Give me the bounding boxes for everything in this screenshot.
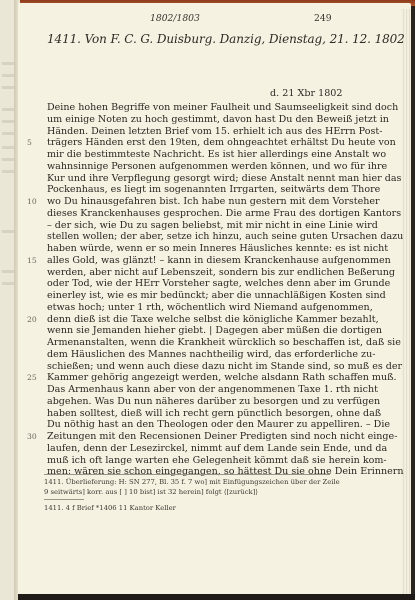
- ghost-text: [2, 230, 14, 233]
- text-line: Armenanstalten, wenn die Krankheit würck…: [47, 337, 331, 349]
- line-number: 25: [27, 373, 37, 382]
- apparatus-rule: [44, 474, 330, 475]
- text-line: muß ich oft lange warten ehe Gelegenheit…: [47, 455, 331, 467]
- ghost-text: [2, 158, 14, 161]
- text-line: oder Tod, wie der HErr Vorsteher sagte, …: [47, 278, 331, 290]
- line-number: 15: [27, 256, 37, 265]
- book-cover-edge-bottom: [18, 594, 415, 600]
- text-line: mir die bestimmteste Nachricht. Es ist h…: [47, 149, 331, 161]
- text-line: dem Häuslichen des Mannes nachtheilig wi…: [47, 349, 331, 361]
- text-line: einerley ist, wie es mir bedünckt; aber …: [47, 290, 331, 302]
- letter-title: 1411. Von F. C. G. Duisburg. Danzig, Die…: [47, 32, 405, 46]
- ghost-text: [2, 170, 14, 173]
- ghost-text: [2, 270, 14, 273]
- text-line: denn dieß ist die Taxe welche selbst die…: [47, 314, 331, 326]
- text-line: um einige Noten zu hoch gestimmt, davon …: [47, 114, 331, 126]
- textual-apparatus-line-2: 9 seitwärts] korr. aus [ ] 10 bist] ist …: [44, 488, 258, 496]
- text-line: wenn sie Jemanden hieher giebt. | Dagege…: [47, 325, 331, 337]
- line-number: 20: [27, 315, 37, 324]
- text-line: men; wären sie schon eingegangen, so hät…: [47, 466, 331, 478]
- text-line: Deine hohen Begriffe von meiner Faulheit…: [47, 102, 331, 114]
- text-line: Zeitungen mit den Recensionen Deiner Pre…: [47, 431, 331, 443]
- text-line: wo Du hinausgefahren bist. Ich habe nun …: [47, 196, 331, 208]
- text-line: Händen. Deinen letzten Brief vom 15. erh…: [47, 126, 331, 138]
- text-line: – der sich, wie Du zu sagen beliebst, mi…: [47, 220, 331, 232]
- text-line: trägers Händen erst den 19ten, dem ohnge…: [47, 137, 331, 149]
- running-head: 1802/1803: [150, 13, 200, 24]
- ghost-text: [2, 108, 14, 111]
- line-number: 5: [27, 138, 32, 147]
- ghost-text: [2, 132, 14, 135]
- text-line: werden, aber nicht auf Lebenszeit, sonde…: [47, 267, 331, 279]
- page-number: 249: [314, 13, 332, 24]
- text-line: Pockenhaus, es liegt im sogenannten Irrg…: [47, 184, 331, 196]
- text-line: stellen wollen; der aber, setze ich hinz…: [47, 231, 331, 243]
- ghost-text: [2, 146, 14, 149]
- text-line: Kammer gehörig angezeigt werden, welche …: [47, 372, 331, 384]
- text-line: haben würde, wenn er so mein Inneres Häu…: [47, 243, 331, 255]
- text-line: haben solltest, dieß will ich recht gern…: [47, 408, 331, 420]
- ghost-text: [2, 282, 14, 285]
- text-line: Kur und ihre Verpflegung gesorgt wird; d…: [47, 173, 331, 185]
- text-line: abgehen. Was Du nun näheres darüber zu b…: [47, 396, 331, 408]
- ghost-text: [2, 120, 14, 123]
- textual-apparatus-line-1: 1411. Überlieferung: H: SN 277, Bl. 35 f…: [44, 478, 340, 486]
- letter-dateline: d. 21 Xbr 1802: [270, 88, 343, 99]
- ghost-text: [2, 62, 14, 65]
- line-number: 30: [27, 432, 37, 441]
- text-line: alles Gold, was glänzt! – kann in diesem…: [47, 255, 331, 267]
- text-line: Das Armenhaus kann aber von der angenomm…: [47, 384, 331, 396]
- commentary-line: 1411. 4 f Brief *1406 11 Kantor Keller: [44, 504, 176, 512]
- text-line: etwas hoch; unter 1 rth, wöchentlich wir…: [47, 302, 331, 314]
- ghost-text: [2, 86, 14, 89]
- line-number: 10: [27, 197, 37, 206]
- text-line: laufen, denn der Lesezirckel, nimmt auf …: [47, 443, 331, 455]
- text-line: schießen; und wenn auch diese dazu nicht…: [47, 361, 331, 373]
- text-line: wahnsinnige Personen aufgenommen werden …: [47, 161, 331, 173]
- text-line: dieses Kranckenhauses gesprochen. Die ar…: [47, 208, 331, 220]
- text-line: Du nöthig hast an den Theologen oder den…: [47, 419, 331, 431]
- commentary-rule: [44, 499, 84, 500]
- ghost-text: [2, 74, 14, 77]
- letter-body: Deine hohen Begriffe von meiner Faulheit…: [47, 102, 331, 478]
- page-edges: [401, 9, 411, 599]
